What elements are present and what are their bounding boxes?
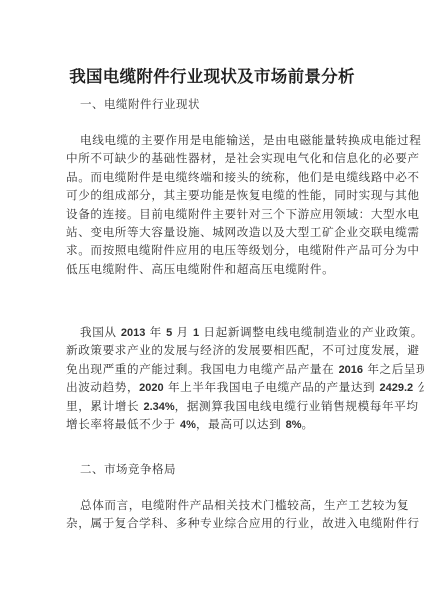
text-run: 日起新调整电线电缆制造业的产业政策。 bbox=[199, 325, 423, 339]
text-run: 年之后呈现 bbox=[363, 362, 424, 376]
paragraph-competition: 总体而言，电缆附件产品相关技术门槛较高，生产工艺较为复 杂，属于复合学科、多种专… bbox=[66, 496, 362, 533]
paragraph-policy-output: 我国从 2013 年 5 月 1 日起新调整电线电缆制造业的产业政策。 新政策要… bbox=[66, 323, 362, 433]
text-line: 杂，属于复合学科、多种专业综合应用的行业，故进入电缆附件行 bbox=[66, 514, 362, 532]
text-run: 出波动趋势， bbox=[66, 380, 139, 394]
text-line: 免出现严重的产能过剩。我国电力电缆产品产量在 2016 年之后呈现 bbox=[66, 360, 362, 378]
text-run: 年 bbox=[145, 325, 166, 339]
text-line: 总体而言，电缆附件产品相关技术门槛较高，生产工艺较为复 bbox=[66, 496, 362, 514]
year-value: 2013 bbox=[121, 327, 145, 339]
text-run: 我国从 bbox=[80, 325, 121, 339]
text-line: 新政策要求产业的发展与经济的发展要相匹配，不可过度发展，避 bbox=[66, 341, 362, 359]
output-value: 2429.2 bbox=[380, 382, 414, 394]
text-run: 免出现严重的产能过剩。我国电力电缆产品产量在 bbox=[66, 362, 339, 376]
section-heading-2: 二、市场竞争格局 bbox=[80, 460, 176, 478]
text-run: 月 bbox=[172, 325, 193, 339]
text-line: 设备的连接。目前电缆附件主要针对三个下游应用领域：大型水电 bbox=[66, 205, 362, 223]
document-page: 我国电缆附件行业现状及市场前景分析 一、电缆附件行业现状 电线电缆的主要作用是电… bbox=[0, 0, 424, 600]
text-line: 出波动趋势，2020 年上半年我国电子电缆产品的产量达到 2429.2 公 bbox=[66, 378, 362, 396]
text-run: 年上半年我国电子电缆产品的产量达到 bbox=[164, 380, 380, 394]
max-growth-value: 8% bbox=[286, 419, 302, 431]
text-run: 增长率将最低不少于 bbox=[66, 417, 180, 431]
text-run: ，最高可以达到 bbox=[196, 417, 286, 431]
text-run: ，据测算我国电线电缆行业销售规模每年平均 bbox=[175, 399, 419, 413]
year-value: 2016 bbox=[339, 364, 363, 376]
min-growth-value: 4% bbox=[180, 419, 196, 431]
growth-value: 2.34% bbox=[143, 401, 174, 413]
text-run: 里，累计增长 bbox=[66, 399, 143, 413]
text-run: 公 bbox=[413, 380, 424, 394]
text-line: 可少的组成部分，其主要功能是恢复电缆的性能，同时实现与其他 bbox=[66, 186, 362, 204]
year-value: 2020 bbox=[139, 382, 163, 394]
text-line: 增长率将最低不少于 4%，最高可以达到 8%。 bbox=[66, 415, 362, 433]
text-line: 站、变电所等大容量设施、城网改造以及大型工矿企业交联电缆需 bbox=[66, 223, 362, 241]
text-line: 低压电缆附件、高压电缆附件和超高压电缆附件。 bbox=[66, 260, 362, 278]
text-line: 品。而电缆附件是电缆终端和接头的统称，他们是电缆线路中必不 bbox=[66, 168, 362, 186]
text-line: 我国从 2013 年 5 月 1 日起新调整电线电缆制造业的产业政策。 bbox=[66, 323, 362, 341]
document-title: 我国电缆附件行业现状及市场前景分析 bbox=[0, 67, 424, 87]
text-line: 中所不可缺少的基础性器材，是社会实现电气化和信息化的必要产 bbox=[66, 149, 362, 167]
paragraph-industry-status: 电线电缆的主要作用是电能输送，是由电磁能量转换成电能过程 中所不可缺少的基础性器… bbox=[66, 131, 362, 278]
text-run: 。 bbox=[302, 417, 314, 431]
text-run: 新政策要求产业的发展与经济的发展要相匹配，不可过度发展，避 bbox=[66, 343, 420, 357]
section-heading-1: 一、电缆附件行业现状 bbox=[80, 95, 200, 113]
text-line: 电线电缆的主要作用是电能输送，是由电磁能量转换成电能过程 bbox=[66, 131, 362, 149]
text-line: 求。而按照电缆附件应用的电压等级划分，电缆附件产品可分为中 bbox=[66, 241, 362, 259]
text-line: 里，累计增长 2.34%，据测算我国电线电缆行业销售规模每年平均 bbox=[66, 397, 362, 415]
